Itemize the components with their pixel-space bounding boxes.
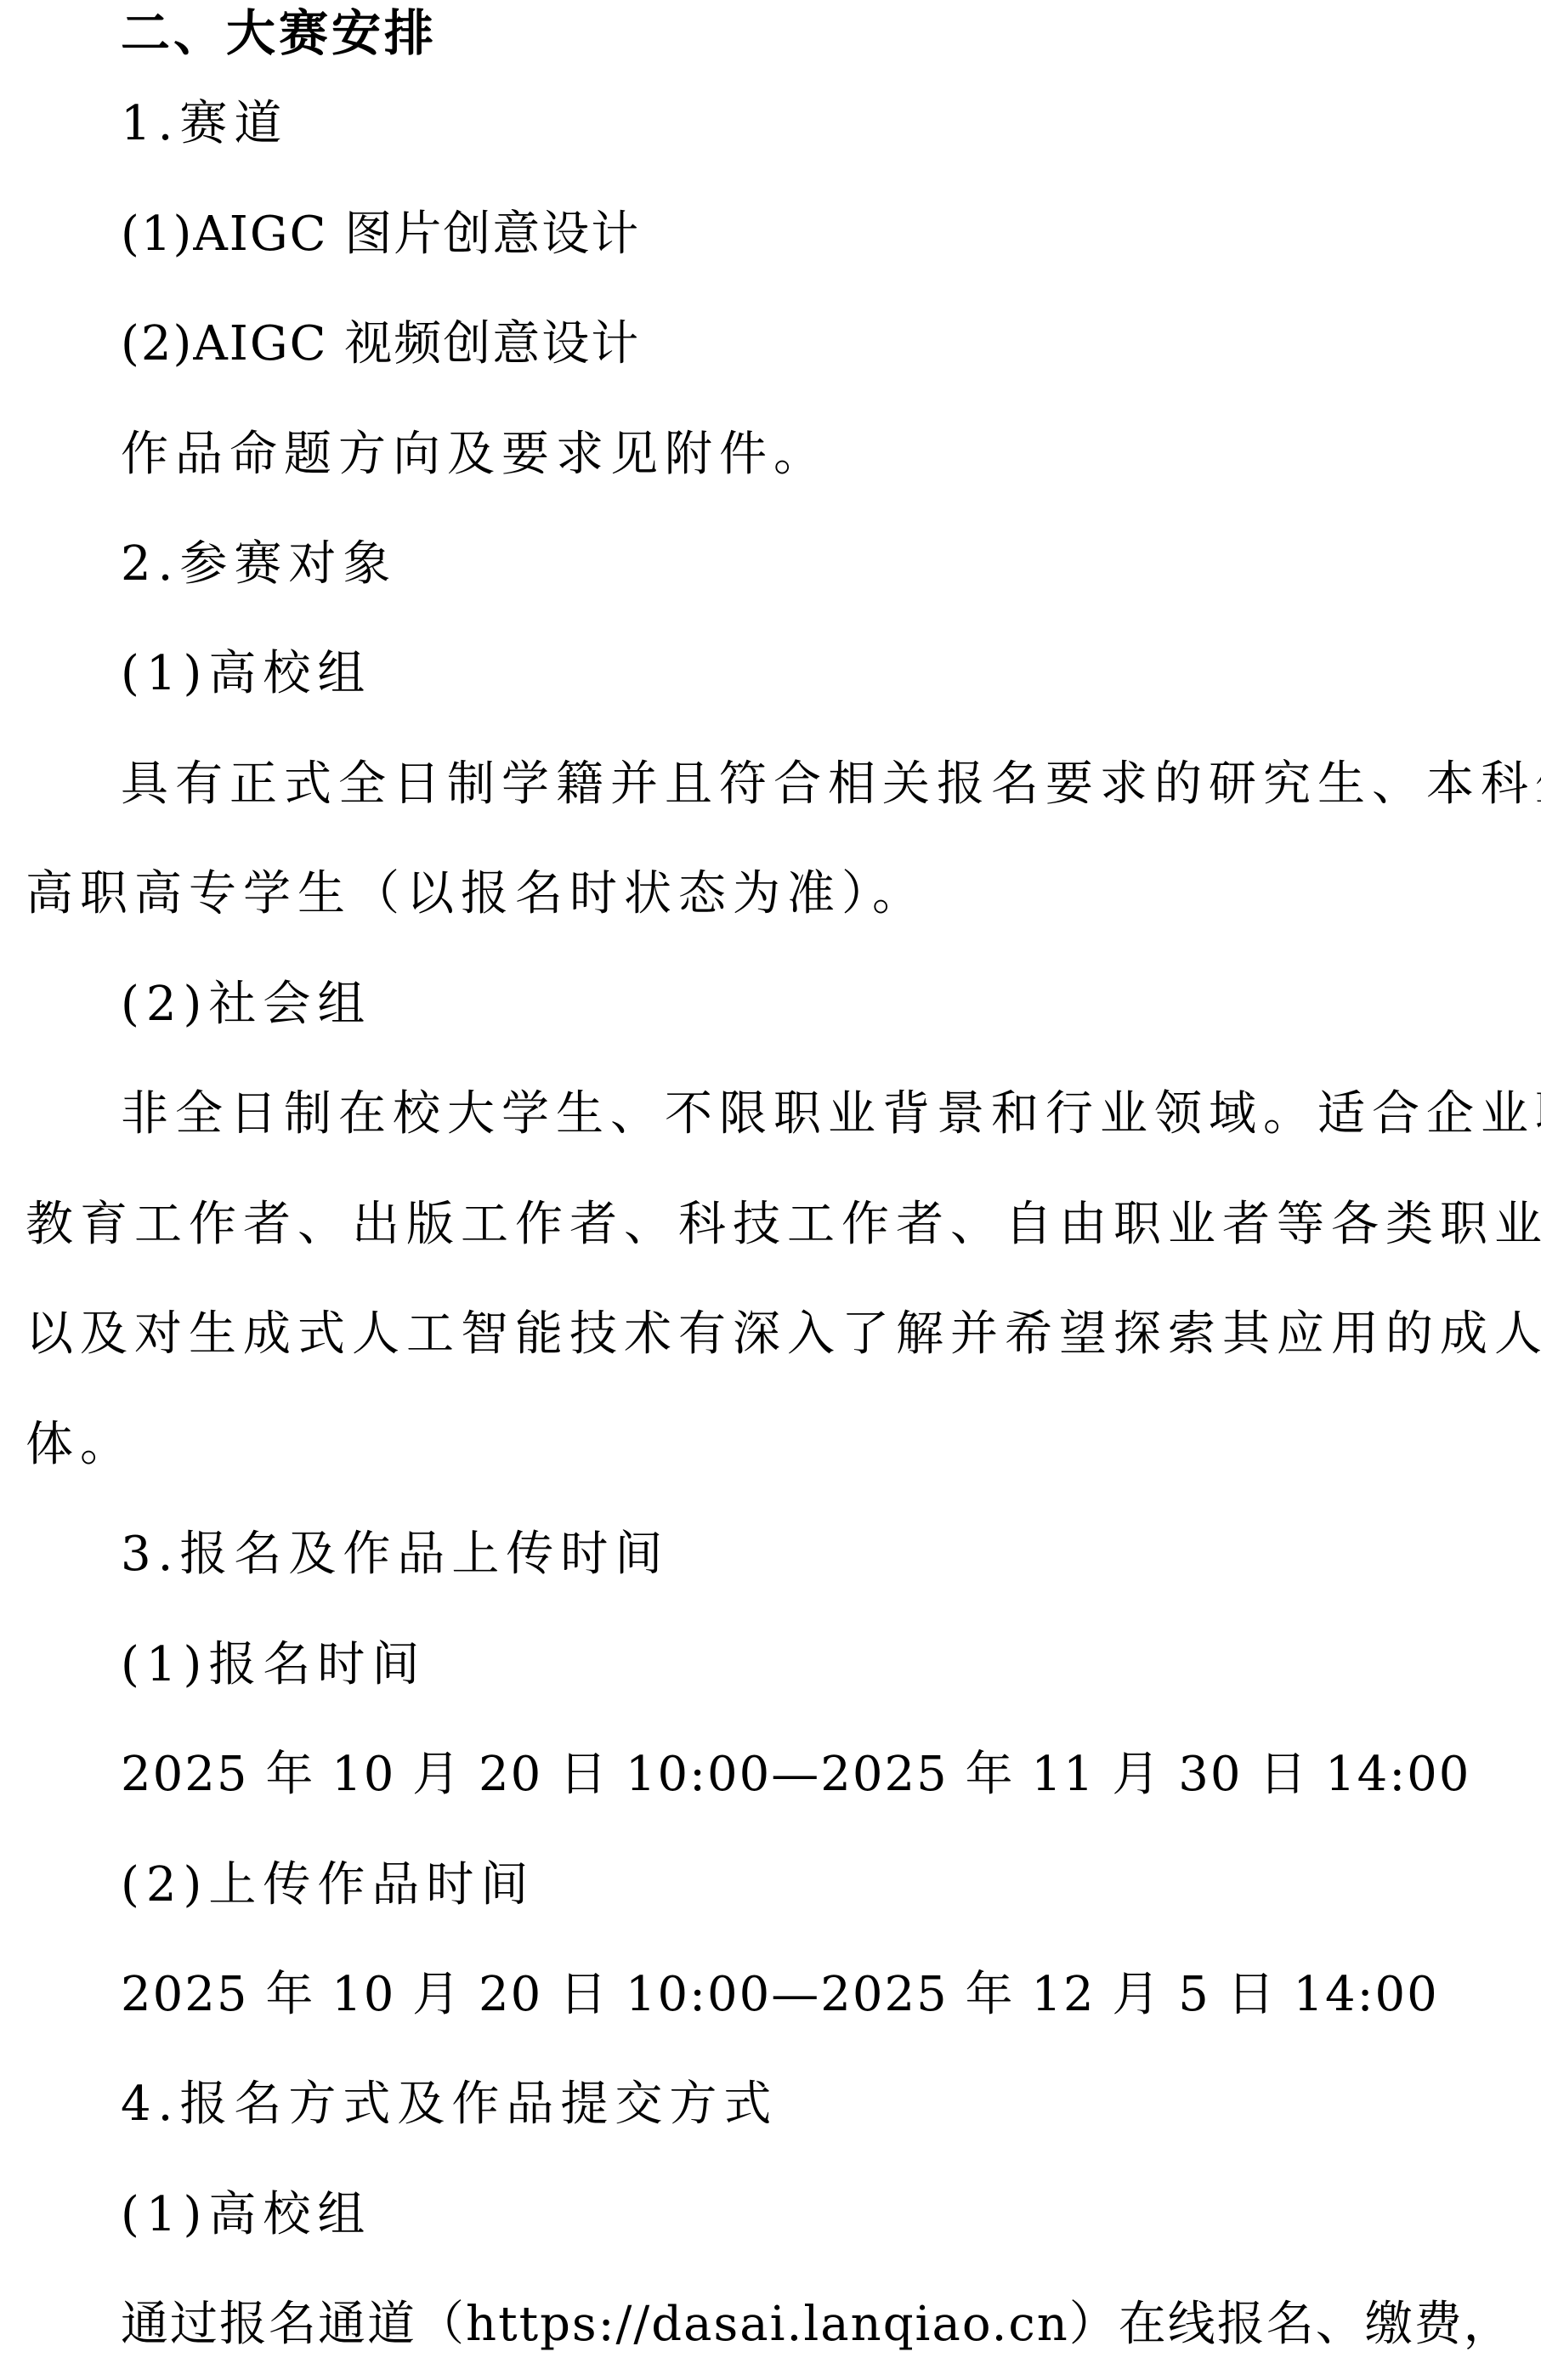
- upload-time-label: (2)上传作品时间: [121, 1856, 535, 1915]
- submission-university-text: 通过报名通道（https://dasai.lanqiao.cn）在线报名、缴费，: [121, 2295, 1513, 2354]
- society-group-text-line: 以及对生成式人工智能技术有深入了解并希望探索其应用的成人群: [25, 1305, 1541, 1364]
- submission-university-label: (1)高校组: [121, 2185, 371, 2245]
- society-group-text-line: 非全日制在校大学生、不限职业背景和行业领域。适合企业职员、: [121, 1085, 1541, 1144]
- submission-heading: 4.报名方式及作品提交方式: [121, 2075, 778, 2134]
- tracks-note: 作品命题方向及要求见附件。: [121, 425, 828, 484]
- track-item-image: (1)AIGC 图片创意设计: [121, 205, 640, 264]
- society-group-text-line: 教育工作者、出版工作者、科技工作者、自由职业者等各类职业人士，: [25, 1195, 1541, 1255]
- tracks-heading: 1.赛道: [121, 94, 288, 154]
- society-group-text-line: 体。: [25, 1415, 134, 1475]
- registration-time-value: 2025 年 10 月 20 日 10:00—2025 年 11 月 30 日 …: [121, 1745, 1470, 1805]
- registration-time-label: (1)报名时间: [121, 1635, 426, 1695]
- university-group-text-line: 高职高专学生（以报名时状态为准）。: [25, 864, 926, 924]
- university-group-label: (1)高校组: [121, 644, 371, 704]
- track-item-video: (2)AIGC 视频创意设计: [121, 314, 640, 374]
- upload-time-value: 2025 年 10 月 20 日 10:00—2025 年 12 月 5 日 1…: [121, 1965, 1439, 2025]
- participants-heading: 2.参赛对象: [121, 535, 397, 594]
- university-group-text-line: 具有正式全日制学籍并且符合相关报名要求的研究生、本科生和: [121, 755, 1541, 814]
- section-title: 二、大赛安排: [121, 3, 437, 63]
- schedule-heading: 3.报名及作品上传时间: [121, 1525, 669, 1584]
- society-group-label: (2)社会组: [121, 975, 371, 1034]
